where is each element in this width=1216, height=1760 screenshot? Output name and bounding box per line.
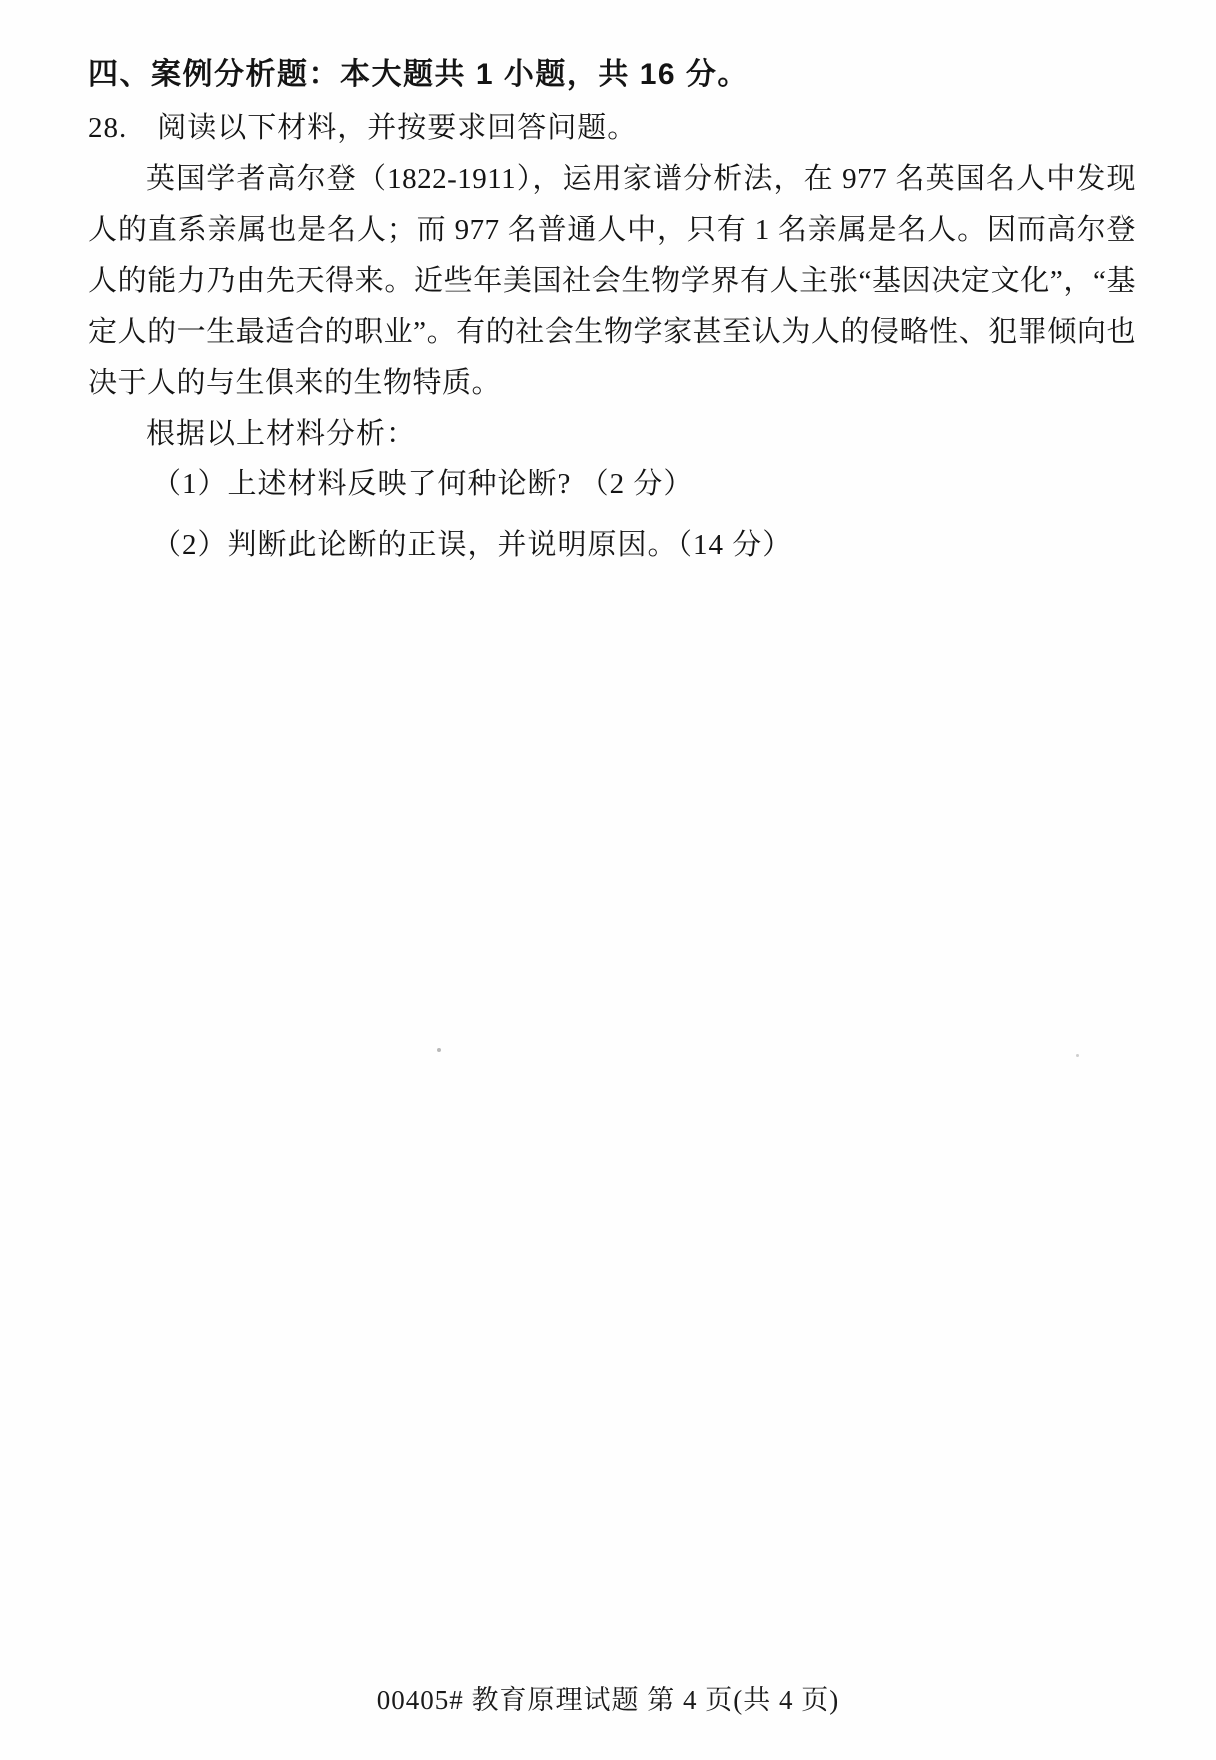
sub-question-2: （2）判断此论断的正误，并说明原因。（14 分） (88, 520, 1136, 570)
scan-artifact-dot (1076, 1054, 1079, 1057)
section-heading: 四、案例分析题：本大题共 1 小题，共 16 分。 (88, 56, 1136, 94)
question-number: 28. (88, 108, 127, 148)
page-footer: 00405# 教育原理试题 第 4 页(共 4 页) (0, 1678, 1216, 1717)
question-28-line: 28. 阅读以下材料，并按要求回答问题。 (88, 108, 1136, 148)
material-line: 英国学者高尔登（1822-1911），运用家谱分析法，在 977 名英国名人中发… (88, 154, 1136, 205)
material-line: 人的能力乃由先天得来。近些年美国社会生物学界有人主张“基因决定文化”，“基因决 (88, 256, 1136, 307)
material-line: 决于人的与生俱来的生物特质。 (88, 358, 1136, 409)
question-instruction: 阅读以下材料，并按要求回答问题。 (157, 108, 637, 148)
exam-paper-page: 四、案例分析题：本大题共 1 小题，共 16 分。 28. 阅读以下材料，并按要… (0, 0, 1216, 1760)
analysis-prompt: 根据以上材料分析： (88, 409, 1136, 459)
material-line: 定人的一生最适合的职业”。有的社会生物学家甚至认为人的侵略性、犯罪倾向也都取 (88, 307, 1136, 358)
material-line: 人的直系亲属也是名人；而 977 名普通人中，只有 1 名亲属是名人。因而高尔登… (88, 205, 1136, 256)
material-paragraph: 英国学者高尔登（1822-1911），运用家谱分析法，在 977 名英国名人中发… (88, 154, 1136, 409)
page-content: 四、案例分析题：本大题共 1 小题，共 16 分。 28. 阅读以下材料，并按要… (88, 56, 1136, 570)
scan-artifact-dot (437, 1048, 441, 1052)
sub-question-1: （1）上述材料反映了何种论断? （2 分） (88, 459, 1136, 509)
